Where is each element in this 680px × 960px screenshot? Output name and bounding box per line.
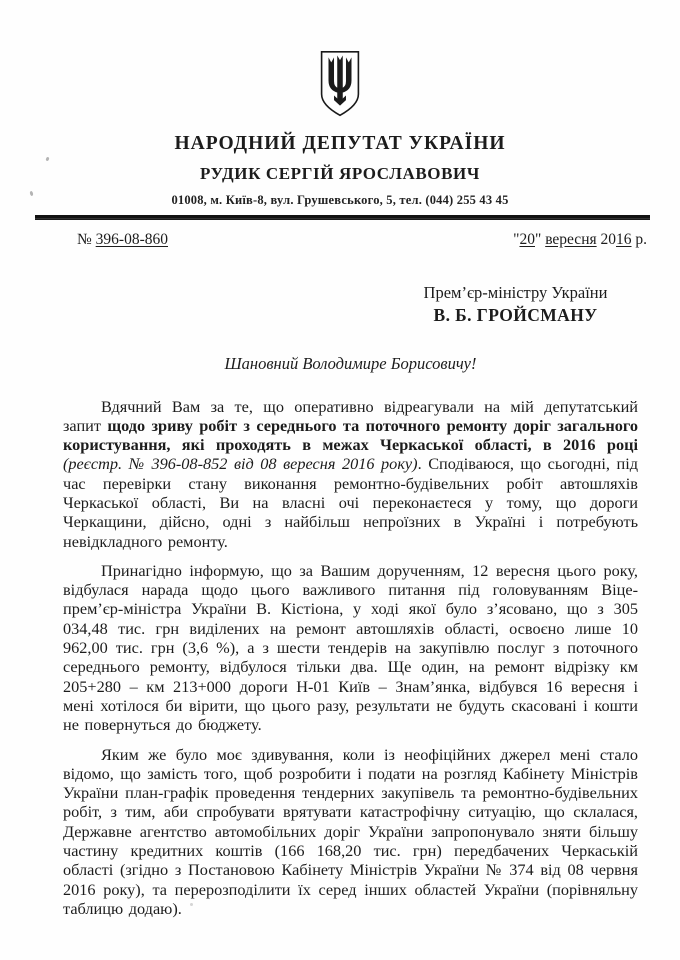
paragraph-2: Принагідно інформую, що за Вашим доручен… (63, 561, 638, 735)
addressee-name: В. Б. ГРОЙСМАНУ (393, 305, 638, 327)
reference-number: № 396-08-860 (77, 231, 168, 249)
number-sign: № (77, 231, 92, 248)
date-suffix: р. (635, 231, 647, 248)
reference-date: "20" вересня 2016 р. (513, 231, 647, 249)
p1-run2-bold: щодо зриву робіт з середнього та поточно… (63, 416, 638, 454)
date-year-filled: 16 (616, 231, 632, 248)
addressee-block: Прем’єр-міністру України В. Б. ГРОЙСМАНУ (393, 283, 638, 327)
date-year-static: 20 (601, 231, 617, 248)
addressee-title: Прем’єр-міністру України (393, 283, 638, 304)
paragraph-3: Яким же було моє здивування, коли із нео… (63, 745, 638, 919)
reference-row: № 396-08-860 "20" вересня 2016 р. (77, 231, 647, 249)
letterhead-divider (35, 215, 650, 220)
org-title: НАРОДНИЙ ДЕПУТАТ УКРАЇНИ (0, 133, 680, 155)
p1-run3-italic: (реєстр. № 396-08-852 від 08 вересня 201… (63, 454, 418, 473)
deputy-name: РУДИК СЕРГІЙ ЯРОСЛАВОВИЧ (0, 164, 680, 184)
date-month: вересня (545, 231, 596, 248)
reference-number-value: 396-08-860 (96, 231, 168, 248)
letter-body: Вдячний Вам за те, що оперативно відреаг… (63, 397, 638, 919)
scanned-letter-page: НАРОДНИЙ ДЕПУТАТ УКРАЇНИ РУДИК СЕРГІЙ ЯР… (0, 0, 680, 960)
salutation: Шановний Володимире Борисовичу! (63, 354, 638, 374)
letterhead: НАРОДНИЙ ДЕПУТАТ УКРАЇНИ РУДИК СЕРГІЙ ЯР… (0, 0, 680, 220)
date-close-quote: " (535, 231, 541, 248)
scan-speck (190, 903, 193, 906)
paragraph-1: Вдячний Вам за те, що оперативно відреаг… (63, 397, 638, 551)
ukraine-trident-emblem-icon (317, 50, 363, 119)
letterhead-address: 01008, м. Київ-8, вул. Грушевського, 5, … (0, 193, 680, 208)
date-day: 20 (519, 231, 535, 248)
